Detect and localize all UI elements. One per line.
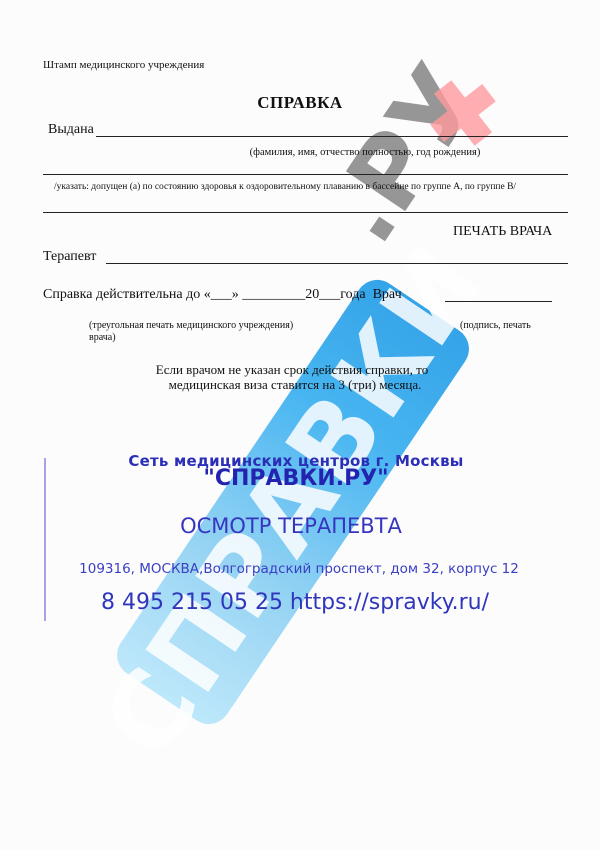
therapist-field[interactable] xyxy=(106,263,568,264)
stamp-label: Штамп медицинского учреждения xyxy=(43,59,204,71)
therapist-label: Терапевт xyxy=(43,249,96,265)
stamp-border-line xyxy=(44,458,46,621)
admission-hint: /указать: допущен (а) по состоянию здоро… xyxy=(54,182,516,192)
issued-to-label: Выдана xyxy=(48,122,94,138)
triangle-seal-hint-continued: врача) xyxy=(89,332,116,343)
name-hint: (фамилия, имя, отчество полностью, год р… xyxy=(0,147,600,158)
admission-field-2[interactable] xyxy=(43,212,568,213)
signature-hint: (подпись, печать xyxy=(460,320,531,331)
service-name: ОСМОТР ТЕРАПЕВТА xyxy=(0,514,600,538)
clinic-brand: "СПРАВКИ.РУ" xyxy=(0,466,600,491)
triangle-seal-hint: (треугольная печать медицинского учрежде… xyxy=(89,320,293,331)
valid-until-row: Справка действительна до «___» _________… xyxy=(43,287,402,303)
doctor-seal-label: ПЕЧАТЬ ВРАЧА xyxy=(453,224,552,240)
admission-field[interactable] xyxy=(43,174,568,175)
document-title: СПРАВКА xyxy=(0,93,600,113)
certificate-form: Штамп медицинского учреждения СПРАВКА Вы… xyxy=(0,0,600,850)
clinic-address: 109316, МОСКВА,Волгоградский проспект, д… xyxy=(0,561,600,577)
issued-to-field[interactable] xyxy=(96,136,568,137)
doctor-signature-field[interactable] xyxy=(445,301,552,302)
clinic-contacts[interactable]: 8 495 215 05 25 https://spravky.ru/ xyxy=(0,590,600,615)
validity-note-line-1: Если врачом не указан срок действия спра… xyxy=(0,362,600,378)
validity-note-line-2: медицинская виза ставится на 3 (три) мес… xyxy=(0,377,600,393)
